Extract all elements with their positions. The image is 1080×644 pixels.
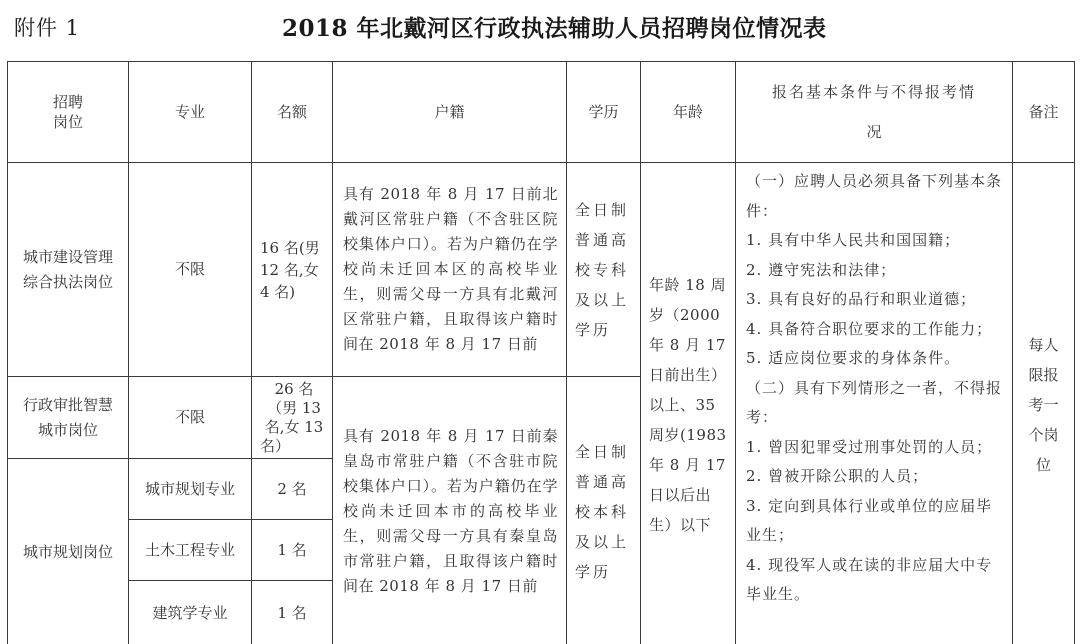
position-cell: 城市规划岗位 <box>8 459 129 644</box>
major-cell: 土木工程专业 <box>129 520 252 581</box>
remarks-cell: 每人限报考一个岗位 <box>1013 163 1075 644</box>
education-cell: 全日制 普通高 校专科 及以上 学历 <box>567 163 641 377</box>
age-cell: 年龄 18 周岁（2000 年 8 月 17 日前出生）以上、35 周岁(198… <box>641 163 736 644</box>
col-header-quota: 名额 <box>252 62 333 163</box>
hukou-cell: 具有 2018 年 8 月 17 日前北戴河区常驻户籍（不含驻区院校集体户口）。… <box>333 163 567 377</box>
major-cell: 建筑学专业 <box>129 581 252 644</box>
col-header-hukou: 户籍 <box>333 62 567 163</box>
quota-cell: 16 名(男 12 名,女 4 名) <box>252 163 333 377</box>
quota-cell: 2 名 <box>252 459 333 520</box>
education-cell: 全日制 普通高 校本科 及以上 学历 <box>567 377 641 644</box>
major-cell: 不限 <box>129 163 252 377</box>
col-header-age: 年龄 <box>641 62 736 163</box>
col-header-remarks: 备注 <box>1013 62 1075 163</box>
col-header-requirements: 报名基本条件与不得报考情 况 <box>736 62 1013 163</box>
position-cell: 城市建设管理 综合执法岗位 <box>8 163 129 377</box>
col-header-position: 招聘 岗位 <box>8 62 129 163</box>
requirements-cell: （一）应聘人员必须具备下列基本条件： 1. 具有中华人民共和国国籍； 2. 遵守… <box>736 163 1013 644</box>
recruitment-table: 招聘 岗位 专业 名额 户籍 学历 年龄 报名基本条件与不得报考情 况 备注 城… <box>7 61 1075 644</box>
page-title: 2018 年北戴河区行政执法辅助人员招聘岗位情况表 <box>282 10 827 43</box>
position-cell: 行政审批智慧 城市岗位 <box>8 377 129 459</box>
quota-cell: 1 名 <box>252 581 333 644</box>
table-row: 城市建设管理 综合执法岗位 不限 16 名(男 12 名,女 4 名) 具有 2… <box>8 163 1075 377</box>
major-cell: 不限 <box>129 377 252 459</box>
hukou-cell: 具有 2018 年 8 月 17 日前秦皇岛市常驻户籍（不含驻市院校集体户口）。… <box>333 377 567 644</box>
quota-cell: 1 名 <box>252 520 333 581</box>
col-header-education: 学历 <box>567 62 641 163</box>
col-header-major: 专业 <box>129 62 252 163</box>
quota-cell: 26 名 （男 13 名,女 13 名） <box>252 377 333 459</box>
header-row: 招聘 岗位 专业 名额 户籍 学历 年龄 报名基本条件与不得报考情 况 备注 <box>8 62 1075 163</box>
major-cell: 城市规划专业 <box>129 459 252 520</box>
attachment-label: 附件 1 <box>14 12 80 42</box>
